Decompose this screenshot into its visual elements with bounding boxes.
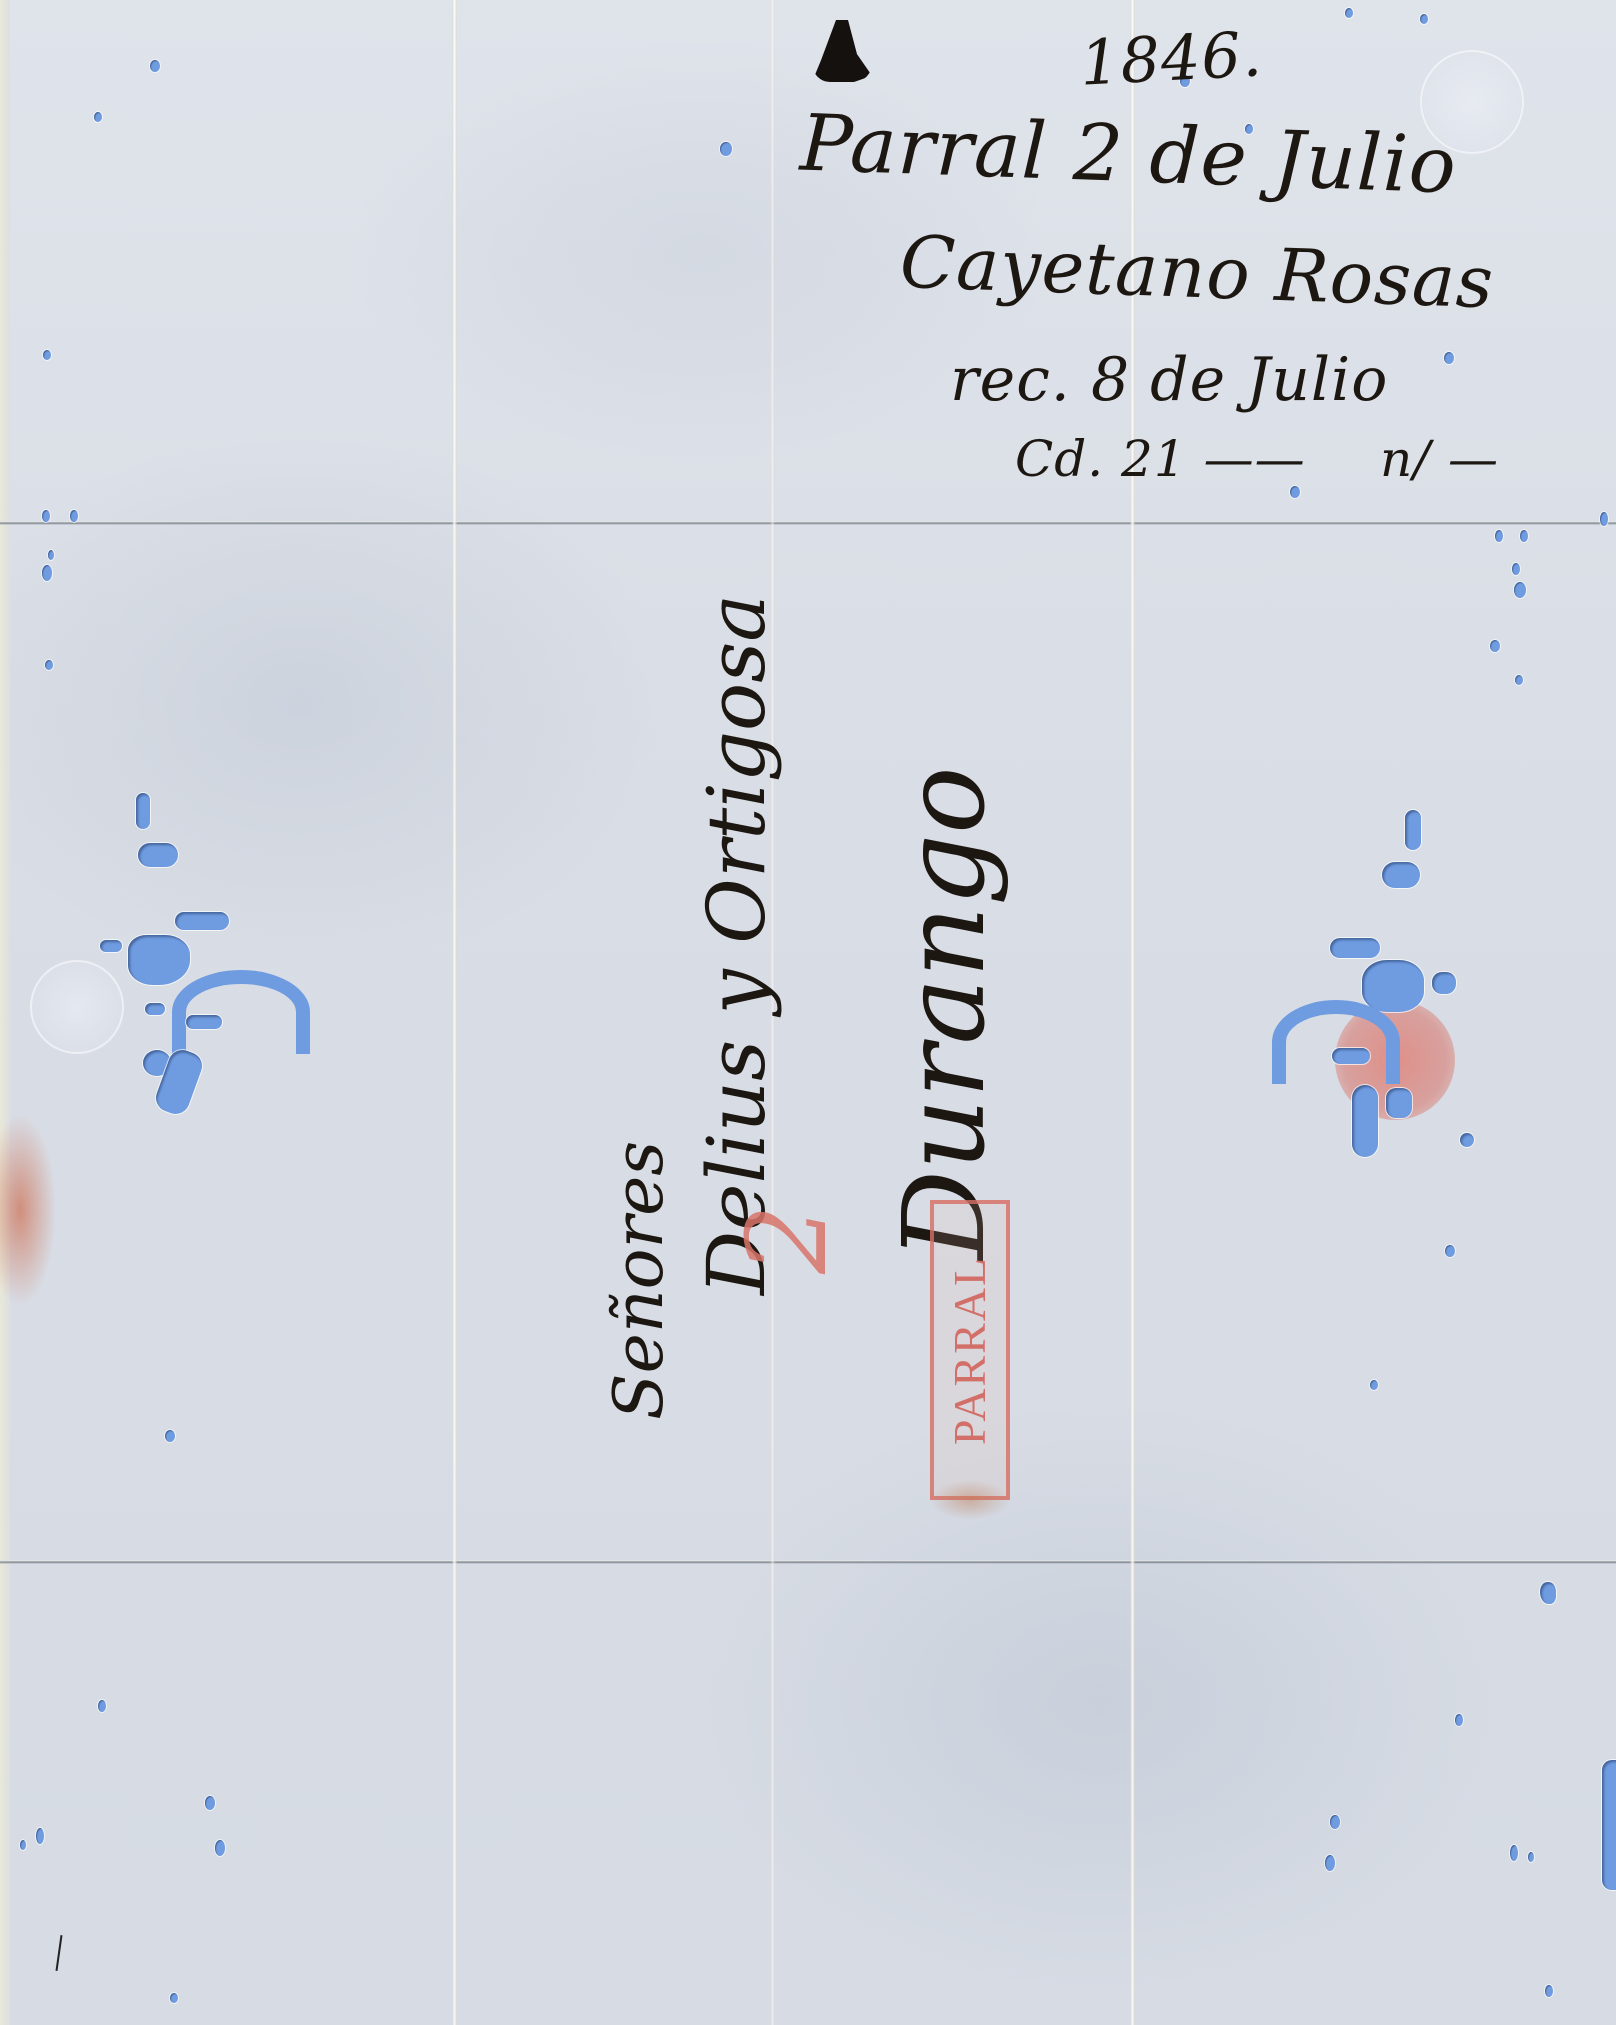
vertical-fold xyxy=(452,0,457,2025)
seal-tear xyxy=(1405,810,1421,850)
rate-mark: 2 xyxy=(723,1204,851,1274)
worm-hole xyxy=(45,660,53,670)
seal-tear xyxy=(1272,1000,1400,1084)
worm-hole xyxy=(1545,1985,1553,1997)
address-salutation: Señores xyxy=(600,1141,679,1420)
worm-hole xyxy=(1512,563,1520,575)
worm-hole xyxy=(1490,640,1500,652)
handstamp-text: PARRAL xyxy=(944,1255,997,1444)
worm-hole xyxy=(205,1796,215,1810)
seal-tear xyxy=(1460,1133,1474,1147)
seal-tear xyxy=(145,1003,165,1015)
worm-hole xyxy=(70,510,78,522)
horizontal-fold xyxy=(0,521,1616,525)
seal-tear xyxy=(100,940,122,952)
worm-hole xyxy=(165,1430,175,1442)
worm-hole xyxy=(1345,8,1353,18)
worm-hole xyxy=(1420,14,1428,24)
seal-tear xyxy=(136,793,150,829)
seal-tear xyxy=(1362,960,1424,1012)
town-handstamp: PARRAL xyxy=(930,1200,1010,1500)
seal-tear xyxy=(1432,972,1456,994)
worm-hole xyxy=(150,60,160,72)
worm-hole xyxy=(42,565,52,581)
worm-hole xyxy=(1370,1380,1378,1390)
worm-hole xyxy=(1600,512,1608,526)
embossed-seal-impression xyxy=(30,960,124,1054)
docket-place-date: Parral 2 de Julio xyxy=(799,99,1459,212)
seal-tear xyxy=(186,1015,222,1029)
seal-tear xyxy=(172,970,310,1054)
worm-hole xyxy=(48,550,54,560)
worm-hole xyxy=(98,1700,106,1712)
edge-tear xyxy=(1602,1760,1616,1890)
worm-hole xyxy=(20,1840,26,1850)
docket-sender: Cayetano Rosas xyxy=(899,220,1496,325)
worm-hole xyxy=(1510,1845,1518,1861)
worm-hole xyxy=(1495,530,1503,542)
docket-reference: Cd. 21 —— xyxy=(1015,430,1306,488)
seal-tear xyxy=(1352,1085,1378,1157)
ink-smudge xyxy=(930,1480,1010,1520)
worm-hole xyxy=(1330,1815,1340,1829)
worm-hole xyxy=(1325,1855,1335,1871)
worm-hole xyxy=(1520,530,1528,542)
worm-hole xyxy=(1445,1245,1455,1257)
seal-tear xyxy=(175,912,229,930)
docket-received-date: rec. 8 de Julio xyxy=(950,345,1388,415)
worm-hole xyxy=(1540,1582,1556,1604)
address-city: Durango xyxy=(880,767,1010,1261)
horizontal-fold xyxy=(0,1560,1616,1564)
letter-sheet: 1846. Parral 2 de Julio Cayetano Rosas r… xyxy=(0,0,1616,2025)
worm-hole xyxy=(1515,675,1523,685)
worm-hole xyxy=(1514,582,1526,598)
worm-hole xyxy=(94,112,102,122)
ink-blot xyxy=(812,20,872,82)
worm-hole xyxy=(42,510,50,522)
worm-hole xyxy=(1528,1852,1534,1862)
seal-tear xyxy=(1330,938,1380,958)
worm-hole xyxy=(1444,352,1454,364)
seal-tear xyxy=(1382,862,1420,888)
seal-tear xyxy=(1332,1048,1370,1064)
seal-tear xyxy=(1386,1088,1412,1118)
worm-hole xyxy=(215,1840,225,1856)
worm-hole xyxy=(36,1828,44,1844)
paper-edge xyxy=(0,0,10,2025)
docket-year: 1846. xyxy=(1078,17,1264,99)
seal-tear xyxy=(138,843,178,867)
worm-hole xyxy=(720,142,732,156)
seal-tear xyxy=(128,935,190,985)
wax-residue xyxy=(0,1080,90,1340)
pen-mark xyxy=(56,1935,63,1971)
worm-hole xyxy=(43,350,51,360)
docket-answered-mark: n/ — xyxy=(1380,430,1499,488)
worm-hole xyxy=(170,1993,178,2003)
address-addressee: Delius y Ortigosa xyxy=(690,594,783,1295)
worm-hole xyxy=(1455,1714,1463,1726)
